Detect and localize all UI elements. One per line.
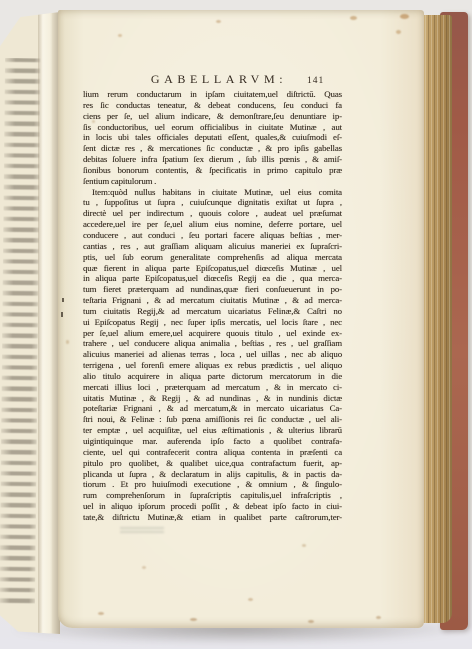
text-line: terrigena , uel forenſi emere aliquas ex… [83,360,342,371]
foxing-speck [98,612,104,615]
text-line: per ſe,uel alium emere,uel acquirere quo… [83,328,342,339]
foxing-speck [302,544,306,547]
foxing-speck [190,618,197,621]
text-line: ſentium capitulorum . [83,176,342,187]
foxing-speck [142,566,146,569]
text-line: ſionibus bonorum contentis, & ſpecificat… [83,165,342,176]
stray-ink-mark [61,312,63,317]
text-line: tate,& diſtrictu Mutinæ,& etiam in quali… [83,512,342,523]
previous-page-ghost-text [0,58,41,606]
foxing-speck [396,30,401,34]
text-line: ciens per ſe, uel alium indicare, & demo… [83,111,342,122]
text-line: teſtaria Frignani , & ad mercatum ciuita… [83,295,342,306]
text-line: alio titulo acquirere in aliqua parte di… [83,371,342,382]
text-line: uitatis Mutinæ , & Regij , & ad nundinas… [83,393,342,404]
text-line: directè uel per indirectum , quouis colo… [83,208,342,219]
text-line: tiorum . Et pro huiuſmodi executione , &… [83,479,342,490]
text-line: tum fieret præterquam ad nundinas,quæ fi… [83,284,342,295]
text-line: in aliqua parte Epiſcopatus,uel diœceſis… [83,273,342,284]
text-line: tu , ſuppoſitus ut ſupra , cuiuſcunque d… [83,197,342,208]
stray-ink-mark [62,298,64,302]
text-line: debitas ſoluere infra ſpatium ſex dierum… [83,154,342,165]
text-line: quæ fierent in aliqua parte Epiſcopatus,… [83,263,342,274]
foxing-speck [216,20,221,23]
foxing-speck [308,620,314,623]
folio-number: 141 [307,76,324,86]
show-through-smudge [120,527,164,535]
text-line: trahere , uel conducere aliqua animalia … [83,338,342,349]
foxing-speck [400,14,409,19]
text-line: tum ciuitatis Regij,& ad mercatum uicari… [83,306,342,317]
running-title: GABELLARVM: [138,72,300,87]
foxing-speck [376,616,381,619]
text-line: alicuius maneriei ad alienas terras , lo… [83,349,342,360]
text-line: ſtri noui, & Felinæ : ſub pœna amiſſioni… [83,414,342,425]
foxing-speck [92,120,95,123]
photo-background: GABELLARVM: 141 lium rerum conductarum i… [0,0,472,649]
text-line: plicanda ut ſupra , & declaratum in alij… [83,469,342,480]
text-line: rum comprehenſorum in ſupraſcriptis capi… [83,490,342,501]
previous-page-leaf [0,12,60,634]
text-line: ciente, uel qui contrafecerit contra ali… [83,447,342,458]
text-line: lium rerum conductarum in ipſam ciuitate… [83,89,342,100]
text-line: uigintiquinque mar. auferenda ipſo facto… [83,436,342,447]
book-page-recto: GABELLARVM: 141 lium rerum conductarum i… [58,10,424,628]
text-line: res ſic conductas teneatur, & debeat con… [83,100,342,111]
text-line: in locis ubi tales officiales deputati e… [83,132,342,143]
foxing-speck [248,598,253,601]
text-line: poteſtariæ Frignani , & ad mercatum,& in… [83,403,342,414]
text-line: pitulo pro quolibet, & qualibet uice,qua… [83,458,342,469]
text-line: ſis conductoribus, uel eorum officialibu… [83,122,342,133]
text-line: Item:quòd nullus habitans in ciuitate Mu… [83,187,342,198]
foxing-speck [118,34,122,37]
text-line: ſent dictæ res , & mercationes ſic condu… [83,143,342,154]
text-line: ter emptæ , uel acquiſitæ, uel eius æſti… [83,425,342,436]
text-line: ptis, uel ſub eorum generalitate compreh… [83,252,342,263]
text-line: mercati illius loci , præterquam ad merc… [83,382,342,393]
text-line: uel in aliquo ipſorum procedi poſſit , &… [83,501,342,512]
text-line: accedere,uel ire per ſe,uel alium eius n… [83,219,342,230]
foxing-speck [350,16,357,20]
text-line: cantias , res , aut graſſiam aliquam ali… [83,241,342,252]
text-line: conducere , aut conduci , ſeu portari fa… [83,230,342,241]
foxing-speck [66,340,69,344]
text-line: ui Epiſcopatus Regij , nec ſuper ipſis m… [83,317,342,328]
text-block: lium rerum conductarum in ipſam ciuitate… [83,89,342,523]
